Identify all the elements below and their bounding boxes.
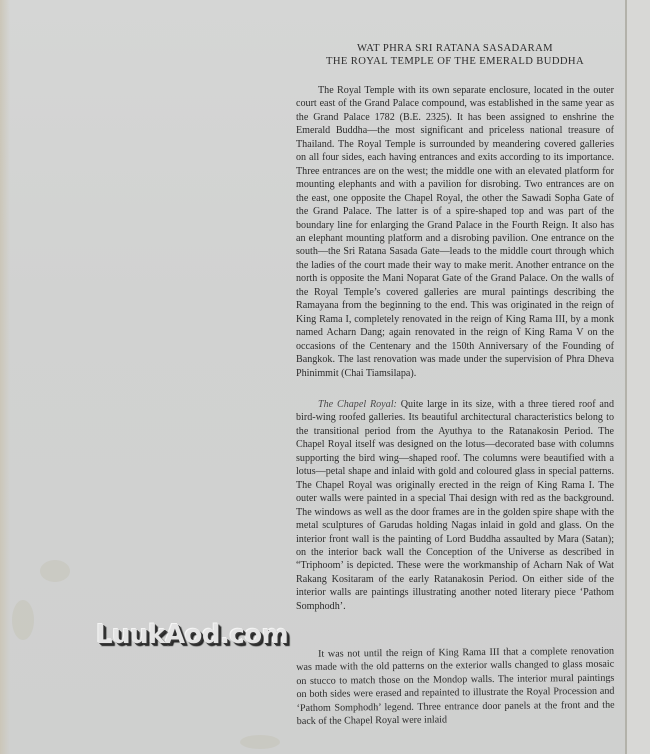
title-line-thai-name: WAT PHRA SRI RATANA SASADARAM (296, 42, 614, 55)
paragraph-chapel-royal: The Chapel Royal: Quite large in its siz… (296, 398, 614, 613)
paper-stain (240, 735, 280, 749)
title-line-english-name: THE ROYAL TEMPLE OF THE EMERALD BUDDHA (296, 55, 614, 68)
article: WAT PHRA SRI RATANA SASADARAM THE ROYAL … (296, 42, 614, 729)
paragraph-text: Quite large in its size, with a three ti… (296, 399, 614, 612)
paragraph-text: The Royal Temple with its own separate e… (296, 85, 614, 379)
paragraph-renovation: It was not until the reign of King Rama … (296, 645, 615, 729)
paragraph-royal-temple: The Royal Temple with its own separate e… (296, 84, 614, 380)
paragraph-text: It was not until the reign of King Rama … (296, 646, 615, 728)
article-title: WAT PHRA SRI RATANA SASADARAM THE ROYAL … (296, 42, 614, 68)
paragraph-lead-heading: The Chapel Royal: (318, 399, 397, 410)
paper-stain (12, 600, 34, 640)
watermark-logo: LuukAod.com (96, 620, 288, 650)
paper-stain (40, 560, 70, 582)
adjacent-page-edge (627, 0, 650, 754)
